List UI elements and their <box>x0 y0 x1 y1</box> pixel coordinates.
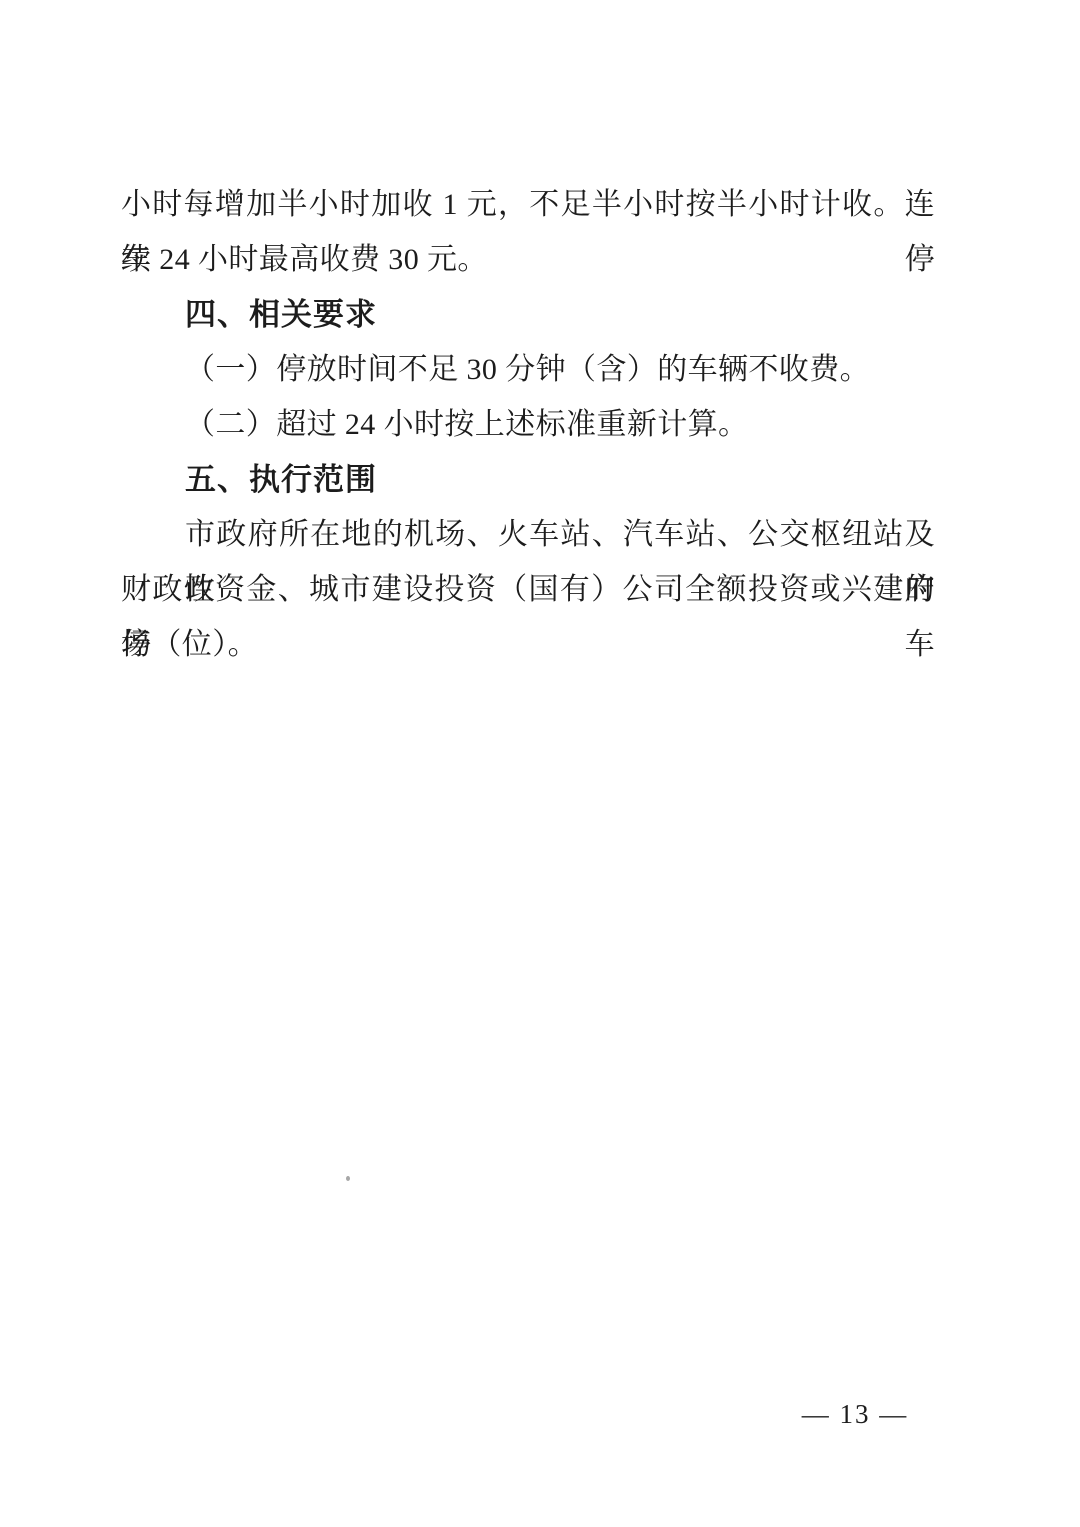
document-page: 小时每增加半小时加收 1 元，不足半小时按半小时计收。连续停 车 24 小时最高… <box>0 0 1080 1527</box>
requirements-item-2: （二）超过 24 小时按上述标准重新计算。 <box>121 397 935 452</box>
section-heading-scope: 五、执行范围 <box>121 452 935 507</box>
scope-paragraph-line-2: 财政性资金、城市建设投资（国有）公司全额投资或兴建的停车 <box>121 562 935 617</box>
section-heading-requirements: 四、相关要求 <box>121 287 935 342</box>
scan-speck <box>346 1176 350 1181</box>
scope-paragraph-line-1: 市政府所在地的机场、火车站、汽车站、公交枢纽站及政府 <box>121 507 935 562</box>
paragraph-continuation-line-1: 小时每增加半小时加收 1 元，不足半小时按半小时计收。连续停 <box>121 177 935 232</box>
page-number: — 13 — <box>795 1398 915 1430</box>
requirements-item-1: （一）停放时间不足 30 分钟（含）的车辆不收费。 <box>121 342 935 397</box>
document-body: 小时每增加半小时加收 1 元，不足半小时按半小时计收。连续停 车 24 小时最高… <box>121 177 935 672</box>
